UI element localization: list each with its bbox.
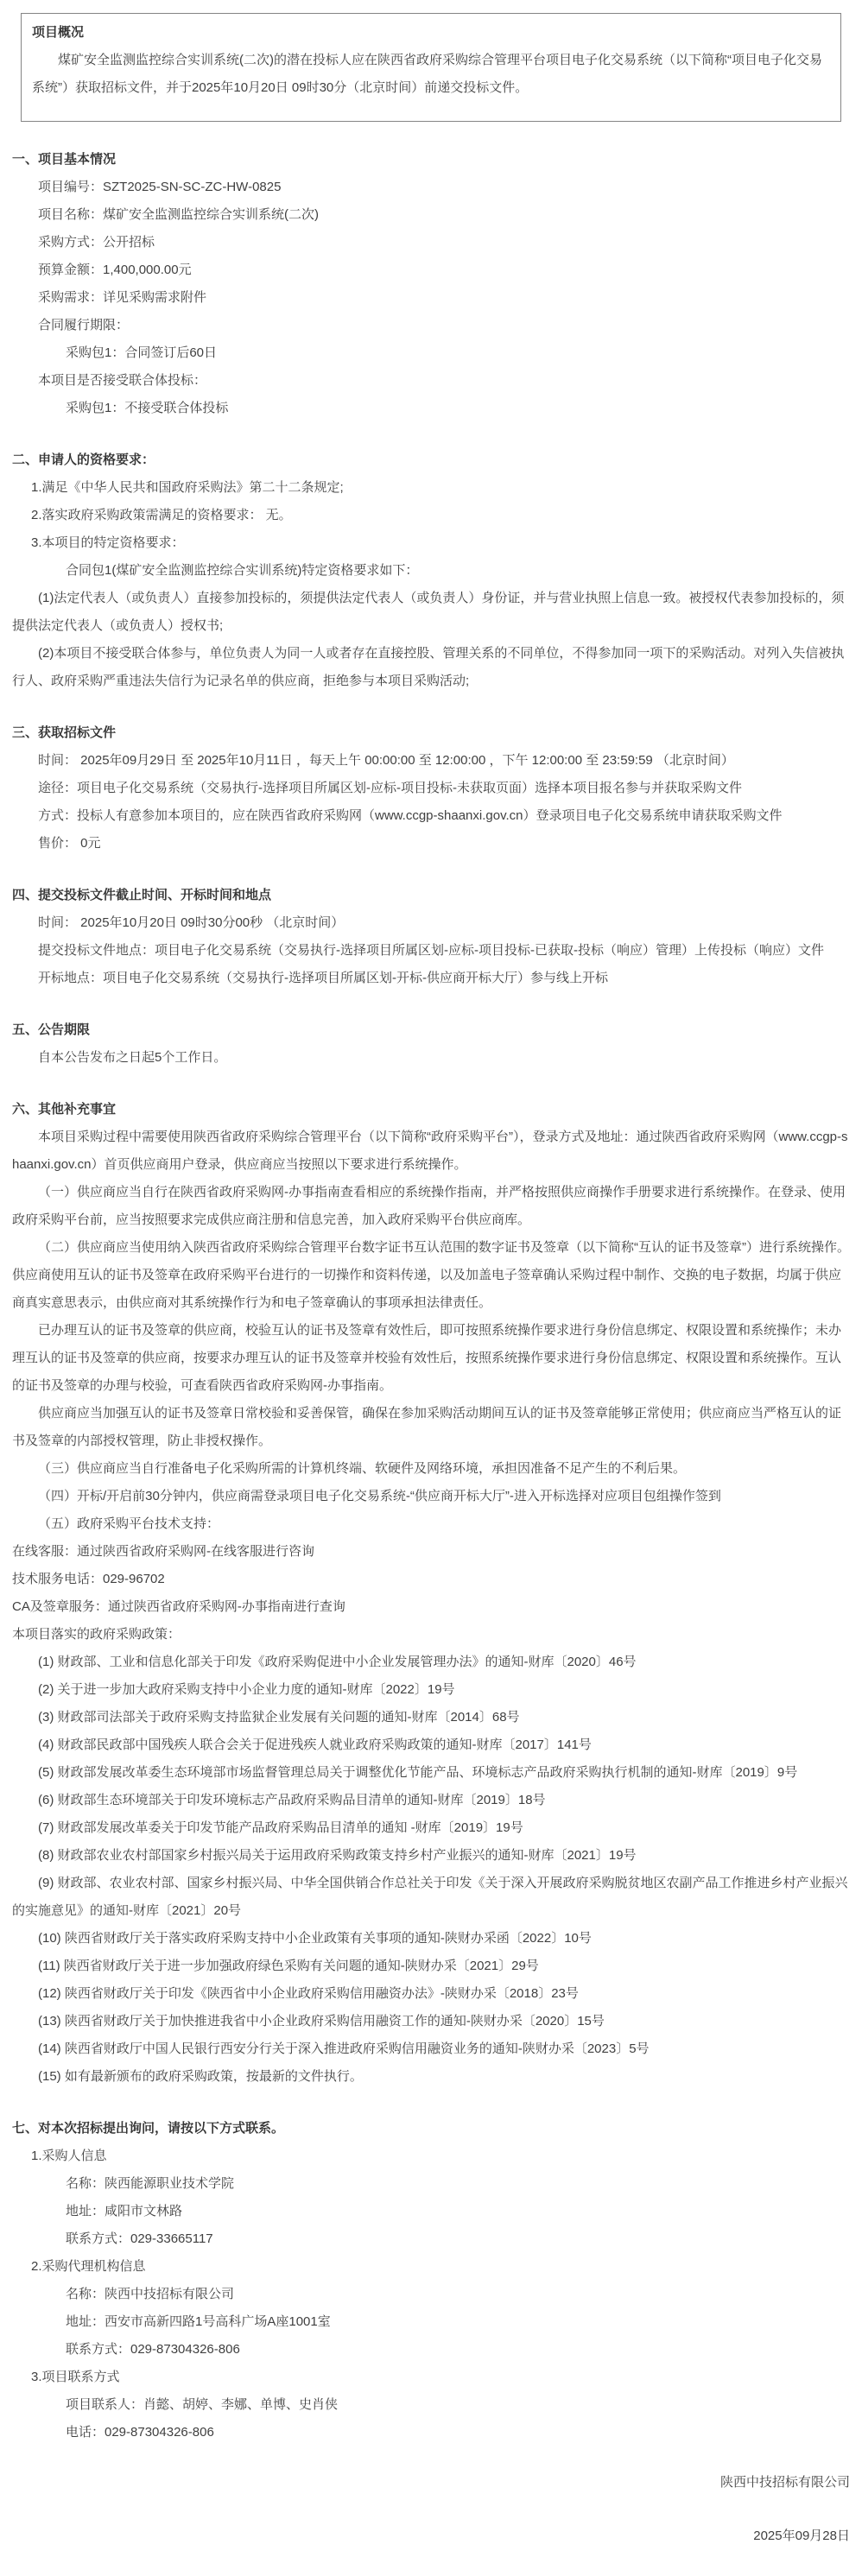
content-line: 3.本项目的特定资格要求： [12,529,850,557]
content-line: 采购包1：合同签订后60日 [12,339,850,367]
footer-publish-date: 2025年09月28日 [12,2522,850,2550]
content-line: (13) 陕西省财政厅关于加快推进我省中小企业政府采购信用融资工作的通知-陕财办… [12,2008,850,2035]
content-line: 联系方式：029-33665117 [12,2225,850,2253]
content-line: (2)本项目不接受联合体参与，单位负责人为同一人或者存在直接控股、管理关系的不同… [12,640,850,695]
content-line: （三）供应商应当自行准备电子化采购所需的计算机终端、软硬件及网络环境，承担因准备… [12,1455,850,1483]
announcement-body: 一、项目基本情况项目编号：SZT2025-SN-SC-ZC-HW-0825项目名… [12,146,850,2446]
content-line: 项目联系人：肖懿、胡婷、李娜、单博、史肖侠 [12,2391,850,2419]
content-line: (2) 关于进一步加大政府采购支持中小企业力度的通知-财库〔2022〕19号 [12,1676,850,1704]
content-line: (12) 陕西省财政厅关于印发《陕西省中小企业政府采购信用融资办法》-陕财办采〔… [12,1980,850,2008]
content-line: 地址：西安市高新四路1号高科广场A座1001室 [12,2308,850,2336]
content-line: 采购需求：详见采购需求附件 [12,284,850,312]
content-line: 本项目采购过程中需要使用陕西省政府采购综合管理平台（以下简称“政府采购平台”），… [12,1123,850,1179]
content-line: (9) 财政部、农业农村部、国家乡村振兴局、中华全国供销合作总社关于印发《关于深… [12,1870,850,1925]
project-overview-title: 项目概况 [32,19,830,47]
announcement-footer: 陕西中技招标有限公司 2025年09月28日 [12,2469,850,2550]
tender-announcement-page: 项目概况 煤矿安全监测监控综合实训系统(二次)的潜在投标人应在陕西省政府采购综合… [0,0,862,2576]
content-line: 采购包1：不接受联合体投标 [12,395,850,422]
content-line: （一）供应商应当自行在陕西省政府采购网-办事指南查看相应的系统操作指南，并严格按… [12,1179,850,1234]
content-line: 途径：项目电子化交易系统（交易执行-选择项目所属区划-应标-项目投标-未获取页面… [12,775,850,802]
content-line: 项目编号：SZT2025-SN-SC-ZC-HW-0825 [12,174,850,201]
content-line: 1.满足《中华人民共和国政府采购法》第二十二条规定; [12,474,850,502]
section-heading: 六、其他补充事宜 [12,1096,850,1123]
content-line: (5) 财政部发展改革委生态环境部市场监督管理总局关于调整优化节能产品、环境标志… [12,1759,850,1787]
content-line: (10) 陕西省财政厅关于落实政府采购支持中小企业政策有关事项的通知-陕财办采函… [12,1925,850,1953]
section-heading: 二、申请人的资格要求： [12,446,850,474]
content-line: 自本公告发布之日起5个工作日。 [12,1044,850,1072]
content-line: 合同包1(煤矿安全监测监控综合实训系统)特定资格要求如下： [12,557,850,585]
content-line: 提交投标文件地点：项目电子化交易系统（交易执行-选择项目所属区划-应标-项目投标… [12,937,850,965]
content-line: 时间： 2025年09月29日 至 2025年10月11日 ，每天上午 00:0… [12,747,850,775]
content-line: (1)法定代表人（或负责人）直接参加投标的，须提供法定代表人（或负责人）身份证，… [12,585,850,640]
content-line: 时间： 2025年10月20日 09时30分00秒 （北京时间） [12,909,850,937]
content-line: 名称：陕西能源职业技术学院 [12,2170,850,2198]
content-line: CA及签章服务：通过陕西省政府采购网-办事指南进行查询 [12,1593,850,1621]
content-line: 地址：咸阳市文林路 [12,2198,850,2225]
section-heading: 三、获取招标文件 [12,719,850,747]
content-line: (7) 财政部发展改革委关于印发节能产品政府采购品目清单的通知 -财库〔2019… [12,1814,850,1842]
content-line: 售价： 0元 [12,830,850,858]
project-overview-box: 项目概况 煤矿安全监测监控综合实训系统(二次)的潜在投标人应在陕西省政府采购综合… [21,13,841,122]
content-line: 已办理互认的证书及签章的供应商，校验互认的证书及签章有效性后，即可按照系统操作要… [12,1317,850,1400]
content-line: 联系方式：029-87304326-806 [12,2336,850,2364]
content-line: (3) 财政部司法部关于政府采购支持监狱企业发展有关问题的通知-财库〔2014〕… [12,1704,850,1731]
content-line: (1) 财政部、工业和信息化部关于印发《政府采购促进中小企业发展管理办法》的通知… [12,1649,850,1676]
content-line: 名称：陕西中技招标有限公司 [12,2281,850,2308]
content-line: 在线客服：通过陕西省政府采购网-在线客服进行咨询 [12,1538,850,1566]
content-line: 1.采购人信息 [12,2142,850,2170]
content-line: 本项目是否接受联合体投标： [12,367,850,395]
content-line: 方式：投标人有意参加本项目的，应在陕西省政府采购网（www.ccgp-shaan… [12,802,850,830]
content-line: 开标地点：项目电子化交易系统（交易执行-选择项目所属区划-开标-供应商开标大厅）… [12,965,850,992]
content-line: （二）供应商应当使用纳入陕西省政府采购综合管理平台数字证书互认范围的数字证书及签… [12,1234,850,1317]
content-line: 本项目落实的政府采购政策： [12,1621,850,1649]
project-overview-paragraph: 煤矿安全监测监控综合实训系统(二次)的潜在投标人应在陕西省政府采购综合管理平台项… [32,47,830,102]
content-line: 项目名称：煤矿安全监测监控综合实训系统(二次) [12,201,850,229]
content-line: 电话：029-87304326-806 [12,2419,850,2446]
content-line: （四）开标/开启前30分钟内，供应商需登录项目电子化交易系统-“供应商开标大厅”… [12,1483,850,1510]
content-line: (15) 如有最新颁布的政府采购政策，按最新的文件执行。 [12,2063,850,2091]
content-line: 供应商应当加强互认的证书及签章日常校验和妥善保管，确保在参加采购活动期间互认的证… [12,1400,850,1455]
content-line: (4) 财政部民政部中国残疾人联合会关于促进残疾人就业政府采购政策的通知-财库〔… [12,1731,850,1759]
section-heading: 一、项目基本情况 [12,146,850,174]
footer-agency-name: 陕西中技招标有限公司 [12,2469,850,2497]
content-line: (14) 陕西省财政厅中国人民银行西安分行关于深入推进政府采购信用融资业务的通知… [12,2035,850,2063]
content-line: 采购方式：公开招标 [12,229,850,256]
content-line: 3.项目联系方式 [12,2364,850,2391]
content-line: 预算金额：1,400,000.00元 [12,256,850,284]
section-heading: 四、提交投标文件截止时间、开标时间和地点 [12,882,850,909]
content-line: 2.落实政府采购政策需满足的资格要求： 无。 [12,502,850,529]
content-line: 2.采购代理机构信息 [12,2253,850,2281]
content-line: (8) 财政部农业农村部国家乡村振兴局关于运用政府采购政策支持乡村产业振兴的通知… [12,1842,850,1870]
section-heading: 七、对本次招标提出询问，请按以下方式联系。 [12,2115,850,2142]
content-line: (6) 财政部生态环境部关于印发环境标志产品政府采购品目清单的通知-财库〔201… [12,1787,850,1814]
content-line: 技术服务电话：029-96702 [12,1566,850,1593]
content-line: (11) 陕西省财政厅关于进一步加强政府绿色采购有关问题的通知-陕财办采〔202… [12,1953,850,1980]
content-line: 合同履行期限： [12,312,850,339]
content-line: （五）政府采购平台技术支持： [12,1510,850,1538]
section-heading: 五、公告期限 [12,1016,850,1044]
